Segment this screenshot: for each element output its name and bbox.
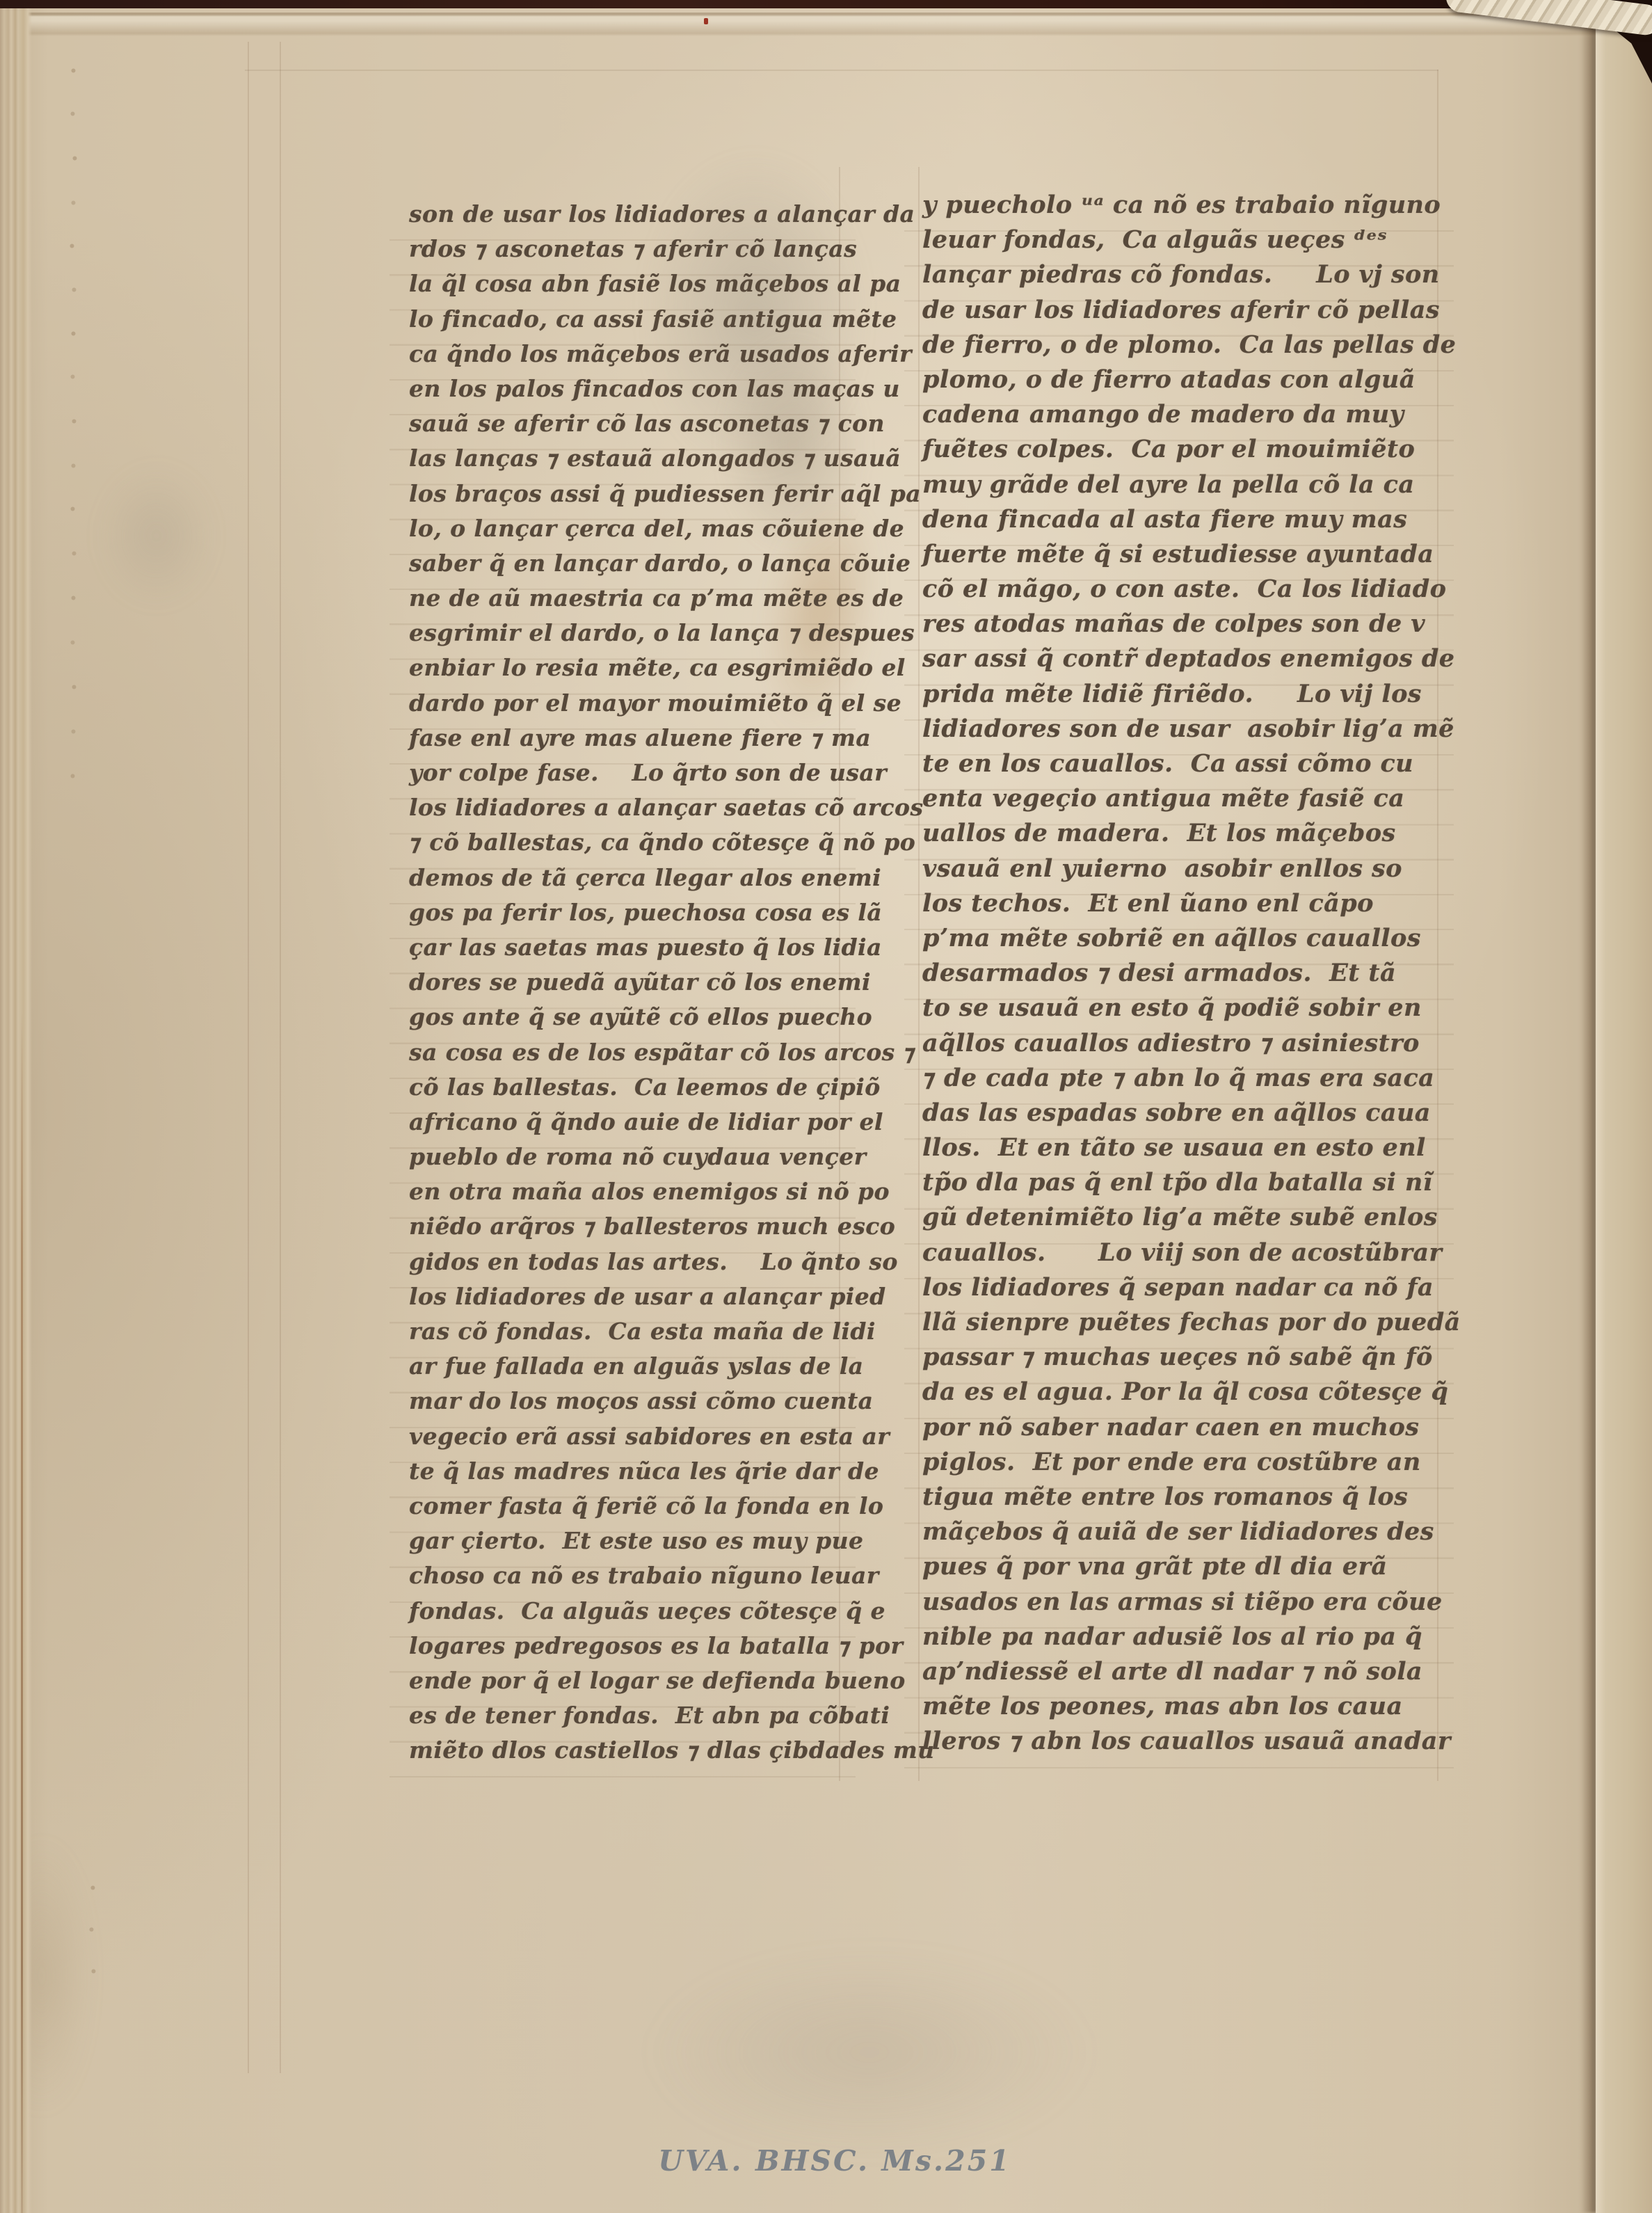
- text-line: fondas. Ca alguãs ueçes cõtesçe q̃ e: [409, 1594, 843, 1629]
- text-line: pʼma mẽte sobriẽ en aq̃llos cauallos: [922, 921, 1440, 956]
- text-line: yor colpe fase. Lo q̃rto son de usar: [409, 756, 843, 790]
- ruling-line-vertical: [280, 42, 281, 2073]
- text-line: desarmados ⁊ desi armados. Et tã: [922, 956, 1440, 991]
- text-line: enta vegeçio antigua mẽte fasiẽ ca: [922, 781, 1440, 816]
- text-line: africano q̃ q̃ndo auie de lidiar por el: [409, 1105, 843, 1140]
- text-line: gos pa ferir los, puechosa cosa es lã: [409, 895, 843, 930]
- text-line: leuar fondas, Ca alguãs ueçes ᵈᵉˢ: [922, 223, 1440, 257]
- text-line: cõ las ballestas. Ca leemos de çipiõ: [409, 1070, 843, 1105]
- text-line: llã sienpre puẽtes fechas por do puedã: [922, 1305, 1440, 1340]
- text-line: piglos. Et por ende era costũbre an: [922, 1445, 1440, 1480]
- text-line: ca q̃ndo los mãçebos erã usados aferir: [409, 337, 843, 372]
- text-line: de usar los lidiadores aferir cõ pellas: [922, 293, 1440, 328]
- text-line: tigua mẽte entre los romanos q̃ los: [922, 1480, 1440, 1515]
- text-line: lleros ⁊ abn los cauallos usauã anadar: [922, 1724, 1440, 1759]
- text-line: ar fue fallada en alguãs yslas de la: [409, 1349, 843, 1384]
- text-line: gos ante q̃ se ayũtẽ cõ ellos puecho: [409, 1000, 843, 1034]
- text-line: pues q̃ por vna grãt pte dl dia erã: [922, 1549, 1440, 1584]
- text-line: ne de aũ maestria ca pʼma mẽte es de: [409, 581, 843, 616]
- text-line: uallos de madera. Et los mãçebos: [922, 816, 1440, 851]
- text-line: fuẽtes colpes. Ca por el mouimiẽto: [922, 432, 1440, 467]
- text-line: dena fincada al asta fiere muy mas: [922, 502, 1440, 537]
- text-line: gar çierto. Et este uso es muy pue: [409, 1524, 843, 1558]
- text-line: logares pedregosos es la batalla ⁊ por: [409, 1629, 843, 1663]
- text-column-right: y puecholo ᵘᵃ ca nõ es trabaio nĩgunoleu…: [922, 188, 1440, 1759]
- binding-edge: [0, 0, 1652, 8]
- text-line: pueblo de roma nõ cuydaua vençer: [409, 1140, 843, 1174]
- text-line: prida mẽte lidiẽ firiẽdo. Lo vij los: [922, 677, 1440, 712]
- text-line: sar assi q̃ contr̃ deptados enemigos de: [922, 641, 1440, 676]
- text-line: lo fincado, ca assi fasiẽ antigua mẽte: [409, 302, 843, 337]
- text-line: ⁊ de cada pte ⁊ abn lo q̃ mas era saca: [922, 1061, 1440, 1096]
- text-line: los lidiadores de usar a alançar pied: [409, 1279, 843, 1314]
- text-line: rdos ⁊ asconetas ⁊ aferir cõ lanças: [409, 232, 843, 266]
- ruling-line-horizontal: [245, 70, 1438, 71]
- text-line: vsauã enl yuierno asobir enllos so: [922, 852, 1440, 886]
- parchment-top-edge: [0, 13, 1596, 36]
- text-line: los lidiadores q̃ sepan nadar ca nõ fa: [922, 1270, 1440, 1305]
- text-line: vegecio erã assi sabidores en esta ar: [409, 1419, 843, 1454]
- text-line: passar ⁊ muchas ueçes nõ sabẽ q̃n fõ: [922, 1340, 1440, 1375]
- text-line: enbiar lo resia mẽte, ca esgrimiẽdo el: [409, 650, 843, 685]
- text-line: es de tener fondas. Et abn pa cõbati: [409, 1698, 843, 1733]
- text-line: cadena amango de madero da muy: [922, 397, 1440, 432]
- text-line: dardo por el mayor mouimiẽto q̃ el se: [409, 686, 843, 721]
- ruling-line-vertical: [248, 42, 249, 2073]
- text-line: son de usar los lidiadores a alançar da: [409, 197, 843, 232]
- text-line: apʼndiessẽ el arte dl nadar ⁊ nõ sola: [922, 1654, 1440, 1689]
- text-line: lo, o lançar çerca del, mas cõuiene de: [409, 511, 843, 546]
- text-line: saber q̃ en lançar dardo, o lança cõuie: [409, 546, 843, 581]
- text-line: aq̃llos cauallos adiestro ⁊ asiniestro: [922, 1026, 1440, 1061]
- text-line: por nõ saber nadar caen en muchos: [922, 1410, 1440, 1445]
- text-line: ⁊ cõ ballestas, ca q̃ndo cõtesçe q̃ nõ p…: [409, 825, 843, 860]
- text-line: te en los cauallos. Ca assi cõmo cu: [922, 746, 1440, 781]
- text-line: llos. Et en tãto se usaua en esto enl: [922, 1131, 1440, 1165]
- text-line: sauã se aferir cõ las asconetas ⁊ con: [409, 406, 843, 441]
- text-line: te q̃ las madres nũca les q̃rie dar de: [409, 1454, 843, 1489]
- text-line: cauallos. Lo viij son de acostũbrar: [922, 1236, 1440, 1270]
- text-line: nible pa nadar adusiẽ los al rio pa q̃: [922, 1620, 1440, 1654]
- text-line: la q̃l cosa abn fasiẽ los mãçebos al pa: [409, 266, 843, 301]
- text-line: tp̃o dla pas q̃ enl tp̃o dla batalla si …: [922, 1165, 1440, 1200]
- text-line: ende por q̃ el logar se defienda bueno: [409, 1663, 843, 1698]
- text-line: los techos. Et enl ũano enl cãpo: [922, 886, 1440, 921]
- text-line: usados en las armas si tiẽpo era cõue: [922, 1585, 1440, 1620]
- text-line: miẽto dlos castiellos ⁊ dlas çibdades mu: [409, 1733, 843, 1768]
- text-line: dores se puedã ayũtar cõ los enemi: [409, 965, 843, 1000]
- text-line: comer fasta q̃ feriẽ cõ la fonda en lo: [409, 1489, 843, 1524]
- text-column-left: son de usar los lidiadores a alançar dar…: [409, 197, 843, 1768]
- text-line: res atodas mañas de colpes son de v: [922, 607, 1440, 641]
- page-fold-line: [21, 1009, 23, 2213]
- text-line: gũ detenimiẽto ligʼa mẽte subẽ enlos: [922, 1200, 1440, 1235]
- text-line: da es el agua. Por la q̃l cosa cõtesçe q…: [922, 1375, 1440, 1409]
- text-line: y puecholo ᵘᵃ ca nõ es trabaio nĩguno: [922, 188, 1440, 223]
- text-line: fase enl ayre mas aluene fiere ⁊ ma: [409, 721, 843, 756]
- text-line: demos de tã çerca llegar alos enemi: [409, 861, 843, 895]
- text-line: ras cõ fondas. Ca esta maña de lidi: [409, 1314, 843, 1349]
- text-line: los braços assi q̃ pudiessen ferir aq̃l …: [409, 477, 843, 511]
- text-line: las lanças ⁊ estauã alongados ⁊ usauã: [409, 441, 843, 476]
- text-line: çar las saetas mas puesto q̃ los lidia: [409, 930, 843, 965]
- text-line: mãçebos q̃ auiã de ser lidiadores des: [922, 1515, 1440, 1549]
- text-line: cõ el mãgo, o con aste. Ca los lidiado: [922, 572, 1440, 607]
- next-folio-edge: [1596, 0, 1652, 2213]
- text-line: plomo, o de fierro atadas con alguã: [922, 362, 1440, 397]
- shelfmark-watermark: UVA. BHSC. Ms.251: [647, 2144, 1023, 2178]
- text-line: niẽdo arq̃ros ⁊ ballesteros much esco: [409, 1209, 843, 1244]
- text-line: das las espadas sobre en aq̃llos caua: [922, 1096, 1440, 1131]
- text-line: fuerte mẽte q̃ si estudiesse ayuntada: [922, 537, 1440, 572]
- text-line: los lidiadores a alançar saetas cõ arcos: [409, 790, 843, 825]
- text-line: en otra maña alos enemigos si nõ po: [409, 1174, 843, 1209]
- text-line: choso ca nõ es trabaio nĩguno leuar: [409, 1558, 843, 1593]
- text-line: muy grãde del ayre la pella cõ la ca: [922, 468, 1440, 502]
- text-line: mẽte los peones, mas abn los caua: [922, 1689, 1440, 1724]
- text-line: de fierro, o de plomo. Ca las pellas de: [922, 328, 1440, 362]
- text-line: lançar piedras cõ fondas. Lo vj son: [922, 257, 1440, 292]
- text-line: gidos en todas las artes. Lo q̃nto so: [409, 1245, 843, 1279]
- text-line: to se usauã en esto q̃ podiẽ sobir en: [922, 991, 1440, 1025]
- page-fold-edge: [0, 7, 32, 2213]
- text-line: en los palos fincados con las maças u: [409, 372, 843, 406]
- text-line: esgrimir el dardo, o la lança ⁊ despues: [409, 616, 843, 650]
- text-line: sa cosa es de los espãtar cõ los arcos ⁊: [409, 1035, 843, 1070]
- text-line: mar do los moços assi cõmo cuenta: [409, 1384, 843, 1419]
- text-line: lidiadores son de usar asobir ligʼa mẽ: [922, 712, 1440, 746]
